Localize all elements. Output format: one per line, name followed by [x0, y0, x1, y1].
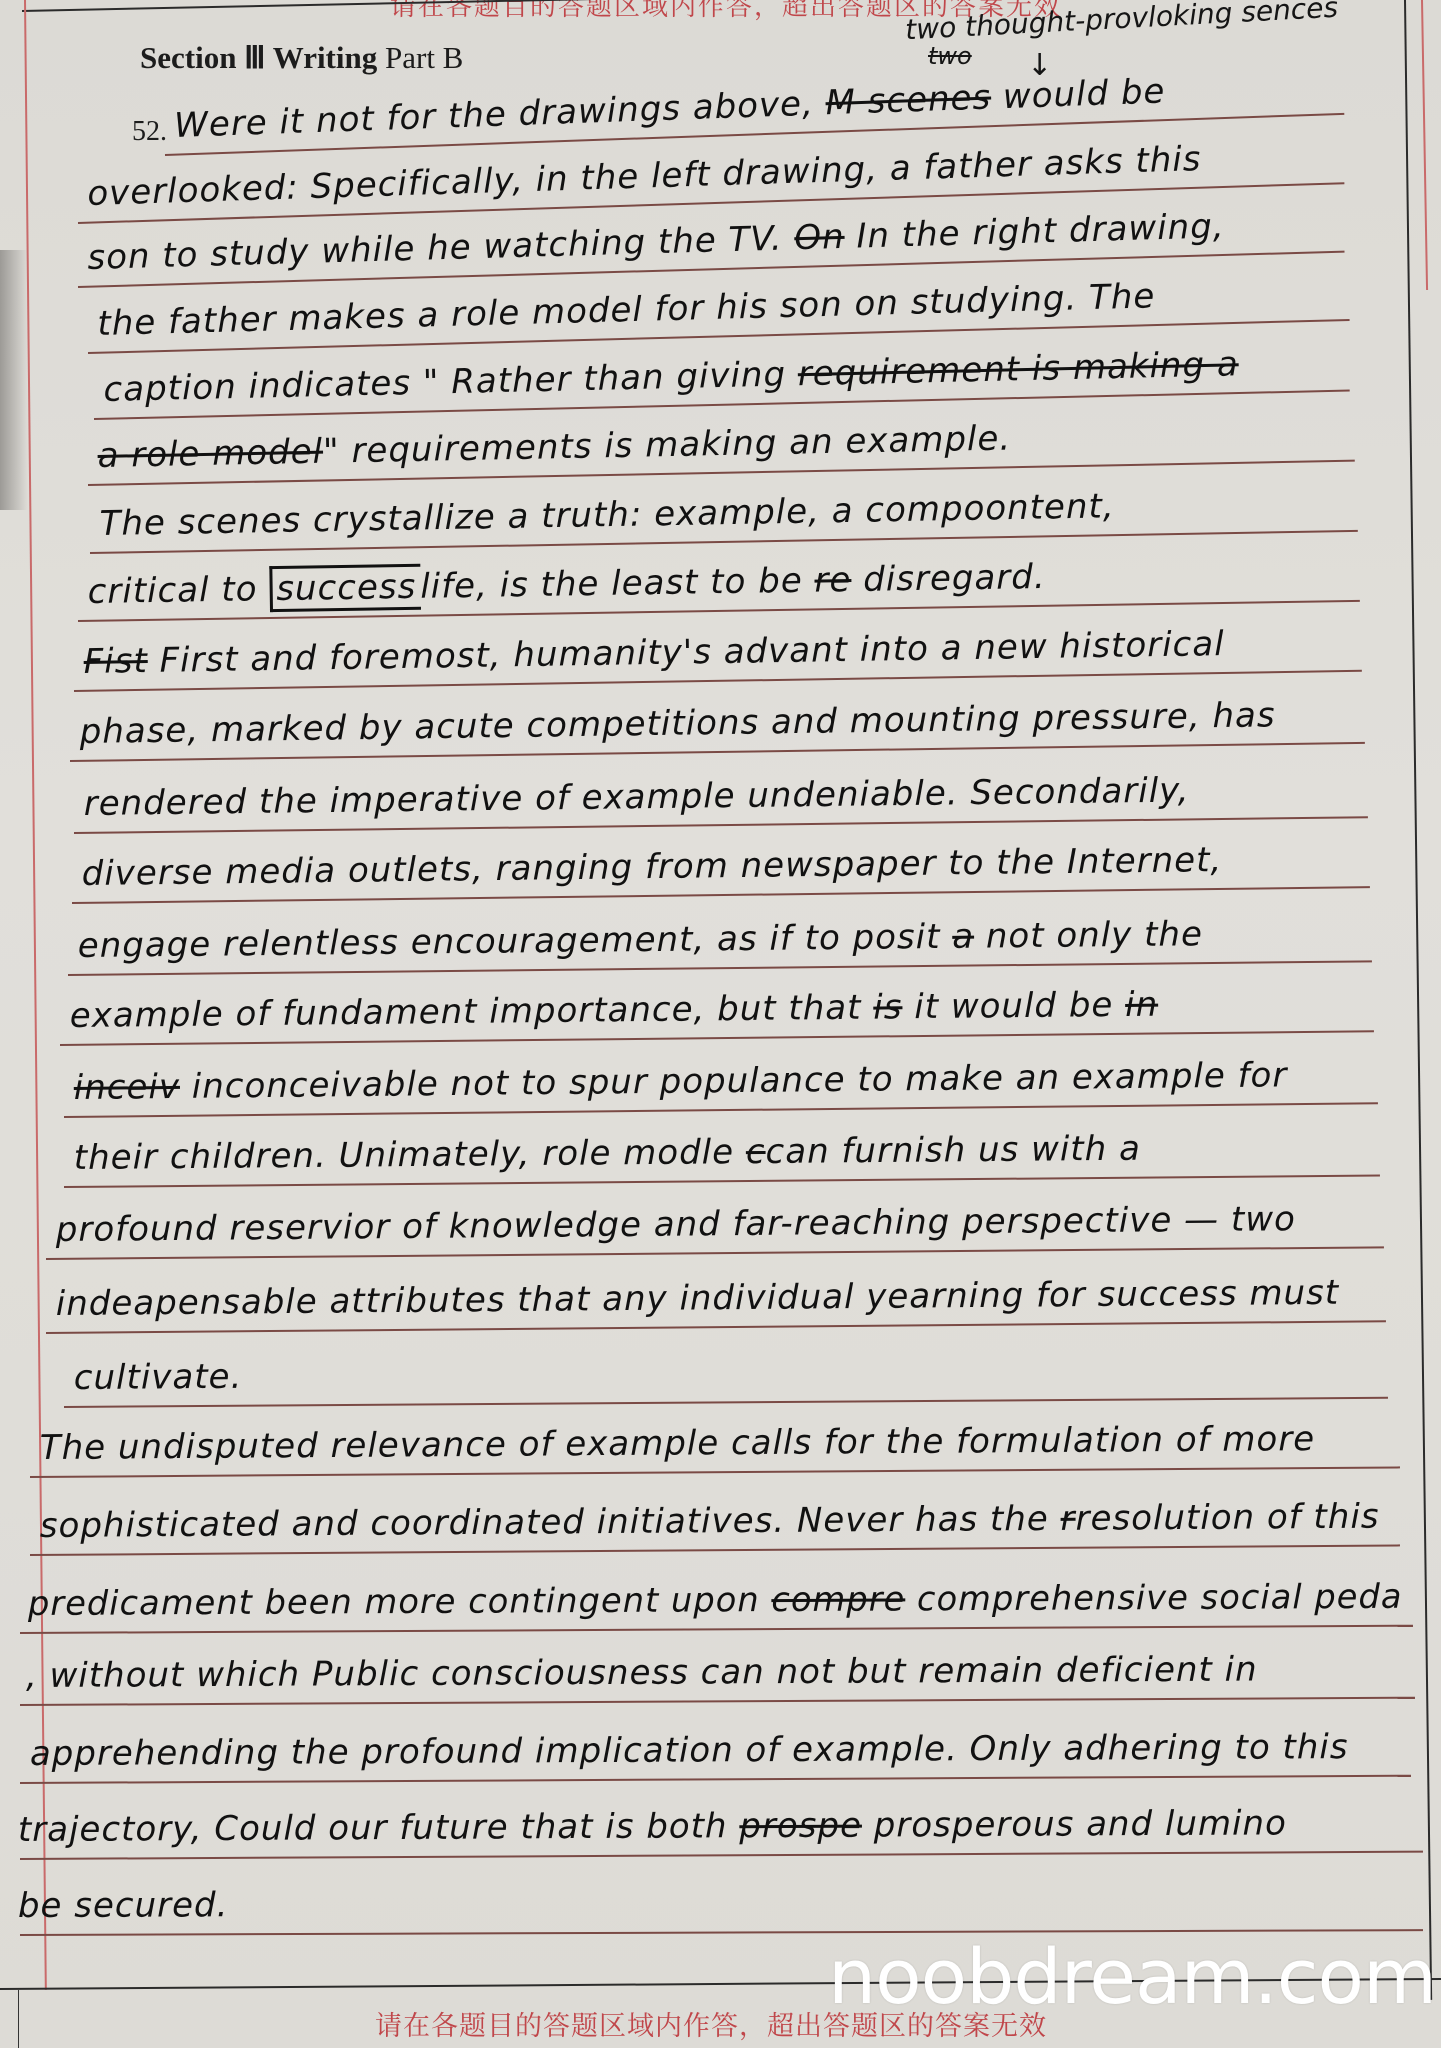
essay-line: The scenes crystallize a truth: example,…: [99, 486, 1115, 544]
essay-line: sophisticated and coordinated initiative…: [40, 1497, 1380, 1546]
essay-text: cultivate.: [74, 1357, 243, 1398]
essay-text: life, is the least to be: [420, 561, 815, 607]
essay-text: profound reservior of knowledge and far-…: [56, 1199, 1296, 1250]
essay-text: sophisticated and coordinated initiative…: [40, 1499, 1061, 1546]
essay-line: a role model" requirements is making an …: [97, 418, 1011, 476]
ruled-line: [30, 1466, 1400, 1478]
essay-line: predicament been more contingent upon co…: [28, 1577, 1403, 1623]
essay-line: trajectory, Could our future that is bot…: [18, 1803, 1287, 1850]
struck-text: On: [794, 217, 845, 258]
page-shadow: [0, 250, 28, 510]
essay-text: , without which Public consciousness can…: [26, 1650, 1258, 1696]
essay-line: the father makes a role model for his so…: [97, 276, 1156, 344]
essay-text: Were it not for the drawings above,: [174, 83, 827, 146]
ruled-line: [20, 1851, 1423, 1860]
essay-text: phase, marked by acute competitions and …: [79, 695, 1275, 752]
watermark: noobdream.com: [828, 1932, 1436, 2021]
essay-text: The undisputed relevance of example call…: [40, 1419, 1316, 1468]
essay-text: apprehending the profound implication of…: [30, 1727, 1349, 1774]
struck-text: c: [746, 1132, 766, 1172]
essay-line: Fist First and foremost, humanity's adva…: [83, 624, 1225, 682]
section-heading: Section Ⅲ Writing: [140, 40, 377, 75]
struck-text: is: [873, 987, 903, 1027]
essay-line: Were it not for the drawings above, M sc…: [174, 71, 1166, 146]
question-number: 52.: [132, 116, 167, 148]
struck-text: re: [814, 560, 852, 601]
essay-text: comprehensive social peda: [905, 1577, 1402, 1619]
essay-line: diverse media outlets, ranging from news…: [82, 840, 1223, 894]
essay-line: phase, marked by acute competitions and …: [79, 695, 1275, 752]
essay-text: the father makes a role model for his so…: [97, 276, 1156, 344]
essay-text: rendered the imperative of example unden…: [84, 770, 1190, 824]
essay-text: inconceivable not to spur populance to m…: [180, 1055, 1288, 1107]
struck-text: compre: [771, 1579, 905, 1619]
struck-text: requirement is making a: [797, 344, 1239, 394]
essay-line: be secured.: [18, 1885, 229, 1926]
essay-line: example of fundament importance, but tha…: [70, 985, 1159, 1036]
ruled-line: [30, 1544, 1400, 1556]
struck-text: prospe: [739, 1806, 862, 1847]
essay-text: In the right drawing,: [844, 206, 1225, 257]
essay-text: be secured.: [18, 1885, 229, 1926]
section-part: Part B: [385, 40, 463, 75]
essay-line: inceiv inconceivable not to spur populan…: [74, 1055, 1288, 1108]
struck-text: a: [952, 917, 974, 957]
ruled-line: [20, 1775, 1411, 1784]
essay-text: indeapensable attributes that any indivi…: [56, 1273, 1340, 1324]
essay-text: trajectory, Could our future that is bot…: [18, 1806, 740, 1850]
struck-text: Fist: [83, 641, 148, 682]
struck-text: a role model: [97, 432, 323, 476]
struck-text: inceiv: [74, 1067, 181, 1108]
frame-left-border: [18, 1990, 19, 2048]
essay-text: predicament been more contingent upon: [28, 1580, 772, 1623]
essay-line: , without which Public consciousness can…: [26, 1650, 1258, 1696]
ruled-line: [46, 1320, 1386, 1334]
essay-text: would be: [990, 71, 1166, 117]
essay-line: caption indicates " Rather than giving r…: [103, 344, 1239, 410]
ruled-line: [46, 1246, 1384, 1260]
essay-text: prosperous and lumino: [862, 1803, 1287, 1845]
essay-text: it would be: [902, 985, 1125, 1027]
ruled-line: [64, 1175, 1380, 1188]
essay-text: example of fundament importance, but tha…: [70, 988, 874, 1036]
essay-text: can furnish us with a: [765, 1129, 1141, 1172]
essay-text: First and foremost, humanity's advant in…: [147, 624, 1224, 681]
essay-text: The scenes crystallize a truth: example,…: [99, 486, 1115, 544]
ruled-line: [20, 1697, 1415, 1706]
essay-text: resolution of this: [1075, 1497, 1379, 1539]
essay-line: cultivate.: [74, 1357, 243, 1398]
boxed-text: success: [269, 564, 421, 612]
essay-text: caption indicates " Rather than giving: [103, 354, 798, 410]
essay-text: critical to: [87, 569, 269, 612]
essay-text: engage relentless encouragement, as if t…: [78, 917, 953, 966]
essay-text: disregard.: [851, 557, 1046, 600]
essay-text: not only the: [974, 914, 1203, 956]
essay-line: apprehending the profound implication of…: [30, 1727, 1349, 1774]
section-title: Section Ⅲ Writing Part B: [140, 40, 463, 76]
essay-line: indeapensable attributes that any indivi…: [56, 1273, 1340, 1324]
ruled-line: [64, 1397, 1388, 1408]
frame-right-border: [1404, 0, 1432, 2000]
essay-line: The undisputed relevance of example call…: [40, 1419, 1316, 1468]
essay-text: " requirements is making an example.: [323, 418, 1012, 471]
essay-line: their children. Unimately, role modle cc…: [74, 1129, 1141, 1178]
struck-text: in: [1125, 985, 1158, 1025]
essay-line: engage relentless encouragement, as if t…: [78, 914, 1204, 966]
essay-line: critical to successlife, is the least to…: [87, 557, 1046, 612]
struck-text: M scenes: [825, 78, 992, 124]
essay-text: diverse media outlets, ranging from news…: [82, 840, 1223, 894]
struck-text: r: [1060, 1499, 1075, 1539]
essay-line: rendered the imperative of example unden…: [84, 770, 1190, 824]
frame-right-red-border: [1421, 0, 1428, 290]
struck-annotation: two: [928, 42, 972, 70]
essay-text: their children. Unimately, role modle: [74, 1132, 746, 1178]
essay-line: profound reservior of knowledge and far-…: [56, 1199, 1296, 1250]
ruled-line: [20, 1625, 1413, 1634]
answer-sheet: 请在各题目的答题区域内作答，超出答题区的答案无效 Section Ⅲ Writi…: [0, 0, 1441, 2048]
